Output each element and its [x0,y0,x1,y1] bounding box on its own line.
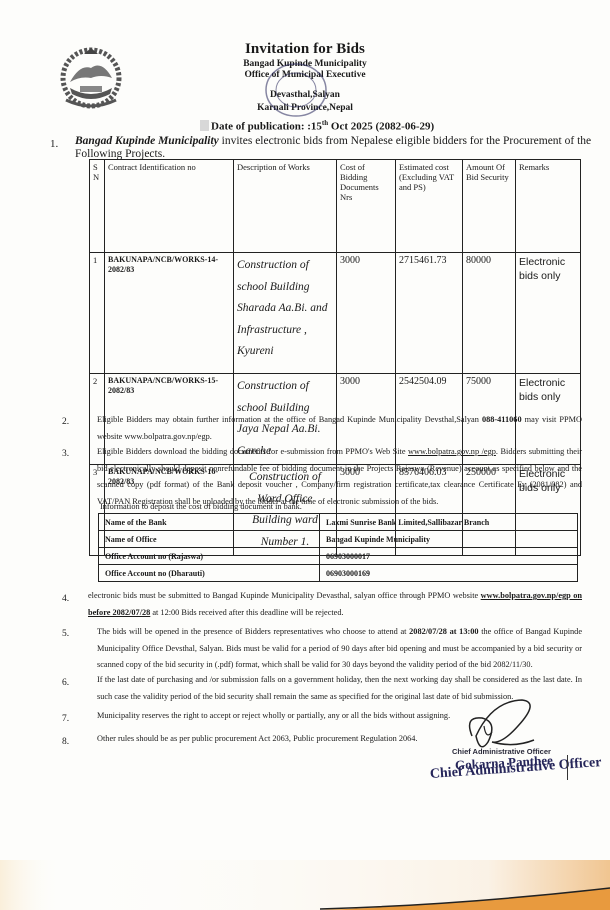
clause-3-text: Eligible Bidders download the bidding do… [97,444,582,510]
stamp-border [567,755,568,780]
bank-label: Name of Office [99,531,320,548]
cell-remarks: Electronic bids only [516,253,581,374]
clause-number: 4. [62,594,69,604]
table-row: Name of Office Bangad Kupinde Municipali… [99,531,578,548]
bolpatra-link[interactable]: www.bolpatra.gov.np /egp [408,447,496,456]
bank-value: 06903000169 [320,565,578,582]
clause-number: 3. [62,449,69,459]
clause-number: 7. [62,714,69,724]
works-table-header: S N Contract Identification no Descripti… [90,160,581,253]
bank-label: Office Account no (Rajaswa) [99,548,320,565]
header-contract-id: Contract Identification no [105,160,234,253]
cell-description: Construction of school Building Sharada … [234,253,337,374]
header-remarks: Remarks [516,160,581,253]
bank-label: Name of the Bank [99,514,320,531]
clause-number: 5. [62,629,69,639]
bank-value: Laxmi Sunrise Bank Limited,Sallibazar Br… [320,514,578,531]
cell-contract-id: BAKUNAPA/NCB/WORKS-14-2082/83 [105,253,234,374]
bank-info-caption: Information to deposit the cost of biddi… [100,502,302,511]
header-bid-security: Amount Of Bid Security [463,160,516,253]
official-stamp-icon [255,58,337,122]
clause-4-text: electronic bids must be submitted to Ban… [88,588,582,621]
bank-value: Bangad Kupinde Municipality [320,531,578,548]
header-estimated-cost: Estimated cost (Excluding VAT and PS) [396,160,463,253]
cell-estimated-cost: 2715461.73 [396,253,463,374]
nepal-government-emblem-icon [56,42,126,112]
header-cost-of-documents: Cost of Bidding Documents Nrs [337,160,396,253]
bank-value: 06903000017 [320,548,578,565]
table-row: Office Account no (Dharauti) 06903000169 [99,565,578,582]
header-description: Description of Works [234,160,337,253]
bank-label: Office Account no (Dharauti) [99,565,320,582]
document-title: Invitation for Bids [170,41,440,58]
clause-number: 1. [50,138,58,150]
scan-mark [200,120,209,131]
cell-sn: 1 [90,253,105,374]
table-row: Office Account no (Rajaswa) 06903000017 [99,548,578,565]
clause-1-text: Bangad Kupinde Municipality invites elec… [75,135,595,161]
table-row: 1 BAKUNAPA/NCB/WORKS-14-2082/83 Construc… [90,253,581,374]
table-row: Name of the Bank Laxmi Sunrise Bank Limi… [99,514,578,531]
cell-cost-of-documents: 3000 [337,253,396,374]
publication-date: Date of publication: :15th Oct 2025 (208… [200,119,434,133]
clause-number: 8. [62,737,69,747]
clause-number: 2. [62,417,69,427]
clause-number: 6. [62,678,69,688]
bank-info-table: Name of the Bank Laxmi Sunrise Bank Limi… [98,513,578,582]
cell-bid-security: 80000 [463,253,516,374]
header-sn: S N [90,160,105,253]
page-edge-shadow [0,860,610,910]
clause-2-text: Eligible Bidders may obtain further info… [97,412,582,445]
clause-5-text: The bids will be opened in the presence … [97,624,582,674]
